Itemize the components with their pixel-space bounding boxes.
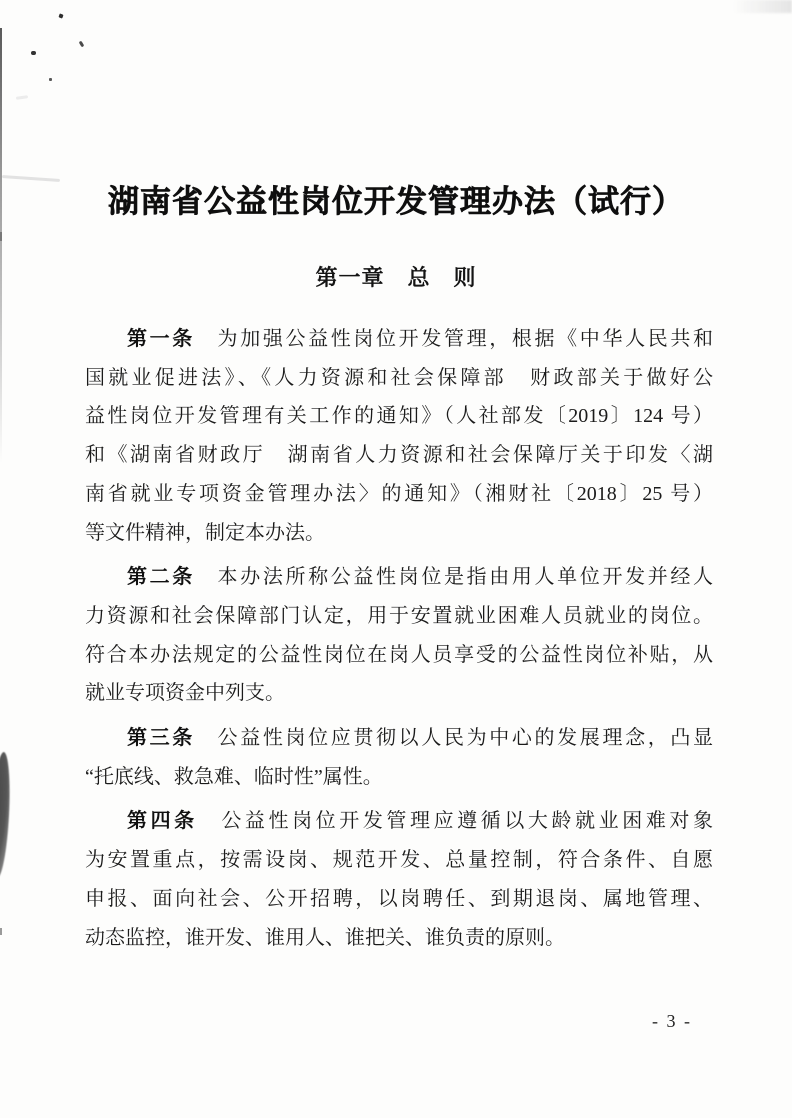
body-line: 为安置重点，按需设岗、规范开发、总量控制，符合条件、自愿 [85,841,713,880]
body-line: 申报、面向社会、公开招聘，以岗聘任、到期退岗、属地管理、 [85,880,713,919]
scan-smudge [16,95,28,100]
scan-speck [58,13,63,18]
body-line: 就业专项资金中列支。 [85,674,713,713]
paragraph: 第二条 本办法所称公益性岗位是指由用人单位开发并经人力资源和社会保障部门认定，用… [85,558,713,713]
article-number: 第二条 [127,566,195,588]
body-line: 和《湖南省财政厅 湖南省人力资源和社会保障厅关于印发〈湖 [85,436,713,475]
paragraph: 第一条 为加强公益性岗位开发管理，根据《中华人民共和国就业促进法》、《人力资源和… [85,320,713,552]
body-line: 国就业促进法》、《人力资源和社会保障部 财政部关于做好公 [85,359,713,398]
body-line: 益性岗位开发管理有关工作的通知》（人社部发〔2019〕124 号） [85,397,713,436]
body-line: 南省就业专项资金管理办法〉的通知》（湘财社〔2018〕25 号） [85,475,713,514]
scan-speck [49,78,52,81]
body-line: 第四条 公益性岗位开发管理应遵循以大龄就业困难对象 [85,802,713,841]
body-line: 第二条 本办法所称公益性岗位是指由用人单位开发并经人 [85,558,713,597]
body-line: 第三条 公益性岗位应贯彻以人民为中心的发展理念，凸显 [85,719,713,758]
paragraph: 第四条 公益性岗位开发管理应遵循以大龄就业困难对象为安置重点，按需设岗、规范开发… [85,802,713,957]
body-line: 力资源和社会保障部门认定，用于安置就业困难人员就业的岗位。 [85,597,713,636]
scan-edge-tick [0,232,2,241]
document-title: 湖南省公益性岗位开发管理办法（试行） [0,176,792,221]
document-body: 第一条 为加强公益性岗位开发管理，根据《中华人民共和国就业促进法》、《人力资源和… [85,320,713,957]
scan-edge-tick [0,928,2,935]
body-line: 动态监控，谁开发、谁用人、谁把关、谁负责的原则。 [85,919,713,958]
scan-shadow-wedge [0,752,12,879]
scan-smudge [733,0,792,13]
body-line: 第一条 为加强公益性岗位开发管理，根据《中华人民共和 [85,320,713,359]
page-number: - 3 - [652,1011,692,1032]
scan-speck [79,41,85,48]
article-number: 第一条 [127,328,195,350]
article-number: 第四条 [127,810,198,832]
scan-speck [31,51,36,55]
scan-edge-line [0,28,2,463]
scanned-document-page: 湖南省公益性岗位开发管理办法（试行） 第一章 总 则 第一条 为加强公益性岗位开… [0,0,792,1118]
paragraph: 第三条 公益性岗位应贯彻以人民为中心的发展理念，凸显“托底线、救急难、临时性”属… [85,719,713,796]
chapter-heading: 第一章 总 则 [0,261,792,292]
article-number: 第三条 [127,727,195,749]
body-line: 等文件精神，制定本办法。 [85,514,713,553]
body-line: “托底线、救急难、临时性”属性。 [85,758,713,797]
body-line: 符合本办法规定的公益性岗位在岗人员享受的公益性岗位补贴，从 [85,636,713,675]
